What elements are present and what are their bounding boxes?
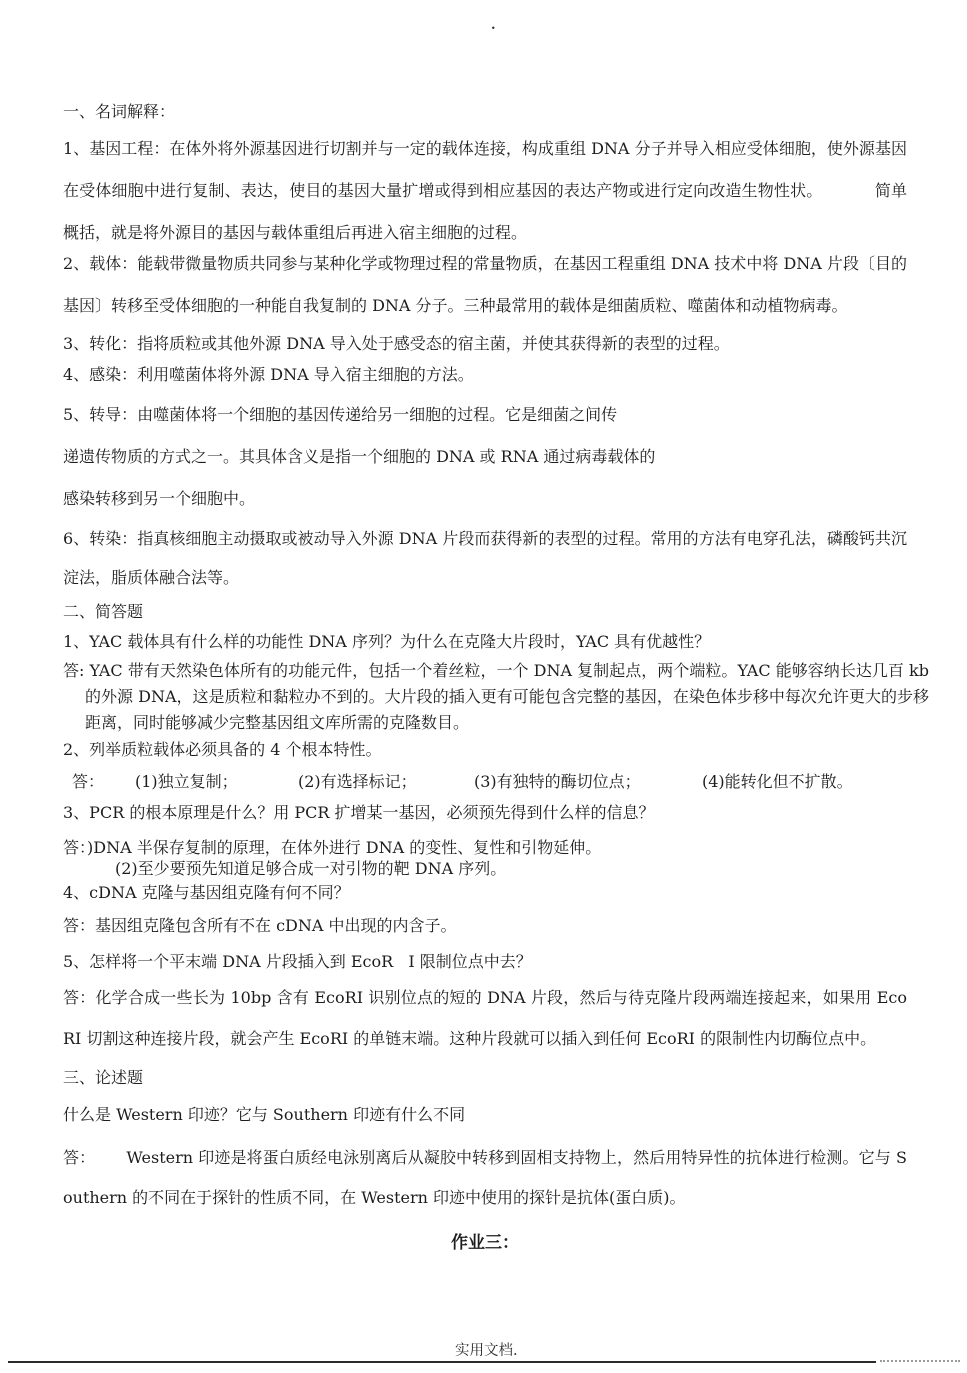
term-transduction-line-1: 5、转导：由噬菌体将一个细胞的基因传递给另一细胞的过程。它是细菌之间传 bbox=[63, 394, 907, 436]
heading-section-essay: 三、论述题 bbox=[63, 1066, 907, 1090]
term-transduction-line-2: 递遗传物质的方式之一。其具体含义是指一个细胞的 DNA 或 RNA 通过病毒载体… bbox=[63, 436, 907, 478]
document-page: . 一、名词解释： 1、基因工程：在体外将外源基因进行切割并与一定的载体连接，构… bbox=[0, 0, 967, 1373]
essay-question: 什么是 Western 印迹？它与 Southern 印迹有什么不同 bbox=[63, 1101, 907, 1128]
question-5: 5、怎样将一个平末端 DNA 片段插入到 EcoR I 限制位点中去？ bbox=[63, 948, 907, 975]
footer-rule bbox=[8, 1361, 876, 1363]
essay-answer: 答： Western 印迹是将蛋白质经电泳别离后从凝胶中转移到固相支持物上，然后… bbox=[63, 1138, 907, 1218]
answer-2-item-1: (1)独立复制； bbox=[135, 768, 238, 795]
answer-2-item-4: (4)能转化但不扩散。 bbox=[702, 768, 853, 795]
heading-section-glossary: 一、名词解释： bbox=[63, 100, 907, 124]
answer-1: 答: YAC 带有天然染色体所有的功能元件，包括一个着丝粒，一个 DNA 复制起… bbox=[63, 658, 929, 736]
answer-3-line-2: (2)至少要预先知道足够合成一对引物的靶 DNA 序列。 bbox=[63, 856, 959, 881]
term-gene-engineering: 1、基因工程：在体外将外源基因进行切割并与一定的载体连接，构成重组 DNA 分子… bbox=[63, 128, 907, 254]
term-transfection: 6、转染：指真核细胞主动摄取或被动导入外源 DNA 片段而获得新的表型的过程。常… bbox=[63, 519, 907, 597]
term-transformation: 3、转化：指将质粒或其他外源 DNA 导入处于感受态的宿主菌，并使其获得新的表型… bbox=[63, 329, 907, 359]
answer-4: 答：基因组克隆包含所有不在 cDNA 中出现的内含子。 bbox=[63, 912, 907, 939]
question-4: 4、cDNA 克隆与基因组克隆有何不同？ bbox=[63, 879, 907, 906]
answer-2-prefix: 答： bbox=[72, 768, 104, 795]
page-mark: . bbox=[491, 18, 496, 33]
homework-heading: 作业三： bbox=[63, 1228, 907, 1258]
term-vector: 2、载体：能载带微量物质共同参与某种化学或物理过程的常量物质，在基因工程重组 D… bbox=[63, 243, 907, 327]
footer-rule-dots bbox=[880, 1360, 960, 1362]
term-infection: 4、感染：利用噬菌体将外源 DNA 导入宿主细胞的方法。 bbox=[63, 360, 907, 390]
heading-section-short-answer: 二、简答题 bbox=[63, 600, 907, 624]
answer-2-item-3: (3)有独特的酶切位点； bbox=[474, 768, 641, 795]
question-2: 2、列举质粒载体必须具备的 4 个根本特性。 bbox=[63, 736, 907, 763]
question-3: 3、PCR 的根本原理是什么？用 PCR 扩增某一基因，必须预先得到什么样的信息… bbox=[63, 799, 907, 826]
question-1: 1、YAC 载体具有什么样的功能性 DNA 序列？为什么在克隆大片段时，YAC … bbox=[63, 628, 907, 655]
answer-5: 答：化学合成一些长为 10bp 含有 EcoRI 识别位点的短的 DNA 片段，… bbox=[63, 977, 907, 1059]
answer-2-item-2: (2)有选择标记； bbox=[298, 768, 417, 795]
term-transduction-line-3: 感染转移到另一个细胞中。 bbox=[63, 478, 907, 520]
answer-2: 答： (1)独立复制； (2)有选择标记； (3)有独特的酶切位点； (4)能转… bbox=[63, 768, 907, 795]
footer-label: 实用文档. bbox=[455, 1339, 518, 1360]
